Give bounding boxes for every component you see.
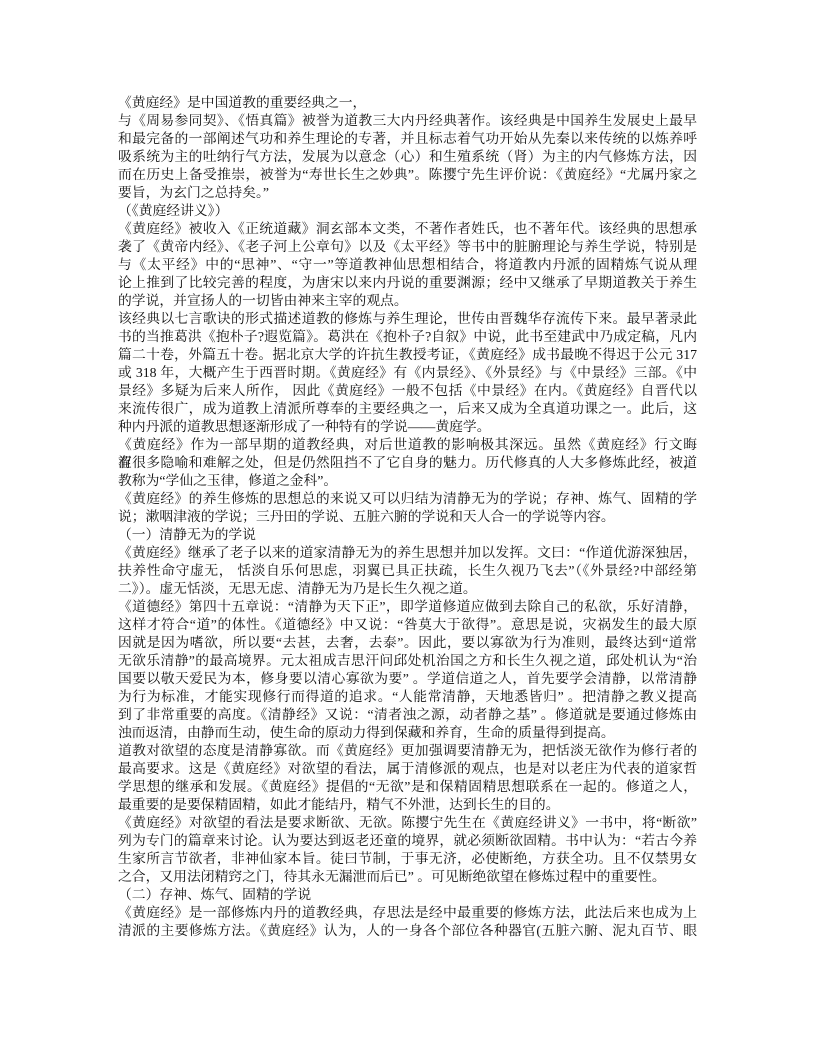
text-line: 学思想的继承和发展。《黄庭经》提倡的“无欲”是和保精固精思想联系在一起的。修道之… <box>118 778 697 796</box>
text-line: 这样才符合“道”的体性。《道德经》中又说：“咎莫大于欲得”。意思是说，灾祸发生的… <box>118 616 697 634</box>
text-line: 来流传很广，成为道教上清派所尊奉的主要经典之一，后来又成为全真道功课之一。此后，… <box>118 400 697 418</box>
paragraph: 《黄庭经》作为一部早期的道教经典，对后世道教的影响极其深远。虽然《黄庭经》行文晦… <box>118 436 697 490</box>
text-line: 列为专门的篇章来讨论。认为要达到返老还童的境界，就必须断欲固精。书中认为：“若古… <box>118 832 697 850</box>
text-line: 有很多隐喻和难解之处，但是仍然阻挡不了它自身的魅力。历代修真的人大多修炼此经，被… <box>118 454 697 472</box>
section-heading: （二）存神、炼气、固精的学说 <box>118 886 697 904</box>
text-line: 《黄庭经》是一部修炼内丹的道教经典，存思法是经中最重要的修炼方法，此法后来也成为… <box>118 904 697 922</box>
text-line: 清派的主要修炼方法。《黄庭经》认为，人的一身各个部位各种器官(五脏六腑、泥丸百节… <box>118 922 697 940</box>
citation: （《黄庭经讲义》） <box>118 202 697 220</box>
text-line: 或 318 年，大概产生于西晋时期。《黄庭经》有《内景经》、《外景经》与《中景经… <box>118 364 697 382</box>
text-line: 该经典以七言歌诀的形式描述道教的修炼与养生理论，世传由晋魏华存流传下来。最早著录… <box>118 310 697 328</box>
text-line: 到了非常重要的高度。《清静经》又说：“清者浊之源，动者静之基” 。修道就是要通过… <box>118 706 697 724</box>
text-line: 《黄庭经》被收入《正统道藏》洞玄部本文类，不著作者姓氏，也不著年代。该经典的思想… <box>118 220 697 238</box>
text-line: 无欲乐清静”的最高境界。元太祖成吉思汗问邱处机治国之方和长生久视之道，邱处机认为… <box>118 652 697 670</box>
text-line: 最重要的是要保精固精，如此才能结丹，精气不外泄，达到长生的目的。 <box>118 796 697 814</box>
text-line: 《黄庭经》的养生修炼的思想总的来说又可以归结为清静无为的学说；存神、炼气、固精的… <box>118 490 697 508</box>
text-line: 因就是因为嗜欲，所以要“去甚，去奢，去泰”。因此，要以寡欲为行为准则，最终达到“… <box>118 634 697 652</box>
document-body: 《黄庭经》是中国道教的重要经典之一，与《周易参同契》、《悟真篇》被誉为道教三大内… <box>118 94 697 940</box>
text-line: 浊而返清，由静而生动，使生命的原动力得到保藏和养育，生命的质量得到提高。 <box>118 724 697 742</box>
text-line: 种内丹派的道教思想逐渐形成了一种特有的学说——黄庭学。 <box>118 418 697 436</box>
text-line: 《道德经》第四十五章说：“清静为天下正”，即学道修道应做到去除自己的私欲，乐好清… <box>118 598 697 616</box>
text-line: 二》）。虚无恬淡，无思无虑、清静无为乃是长生久视之道。 <box>118 580 697 598</box>
paragraph: 《黄庭经》是一部修炼内丹的道教经典，存思法是经中最重要的修炼方法，此法后来也成为… <box>118 904 697 940</box>
paragraph: 与《周易参同契》、《悟真篇》被誉为道教三大内丹经典著作。该经典是中国养生发展史上… <box>118 112 697 202</box>
text-line: 生家所言节欲者，非神仙家本旨。徒曰节制，于事无济，必使断绝，方获全功。且不仅禁男… <box>118 850 697 868</box>
text-line: 的学说，并宣扬人的一切皆由神来主宰的观点。 <box>118 292 697 310</box>
text-line: 道教对欲望的态度是清静寡欲。而《黄庭经》更加强调要清静无为，把恬淡无欲作为修行者… <box>118 742 697 760</box>
text-line: 为行为标准，才能实现修行而得道的追求。“人能常清静，天地悉皆归” 。把清静之教义… <box>118 688 697 706</box>
paragraph: 《黄庭经》是中国道教的重要经典之一， <box>118 94 697 112</box>
text-line: 吸系统为主的吐纳行气方法，发展为以意念（心）和生殖系统（肾）为主的内气修炼方法，… <box>118 148 697 166</box>
text-line: 《黄庭经》对欲望的看法是要求断欲、无欲。陈撄宁先生在《黄庭经讲义》一书中，将“断… <box>118 814 697 832</box>
text-line: 《黄庭经》是中国道教的重要经典之一， <box>118 94 697 112</box>
section-heading: （一）清静无为的学说 <box>118 526 697 544</box>
text-line: （《黄庭经讲义》） <box>118 202 697 220</box>
text-line: 说；漱咽津液的学说；三丹田的学说、五脏六腑的学说和天人合一的学说等内容。 <box>118 508 697 526</box>
text-line: 扶养性命守虚无， 恬淡自乐何思虑，羽翼已具正扶疏，长生久视乃飞去”（《外景经?中… <box>118 562 697 580</box>
document-page: 《黄庭经》是中国道教的重要经典之一，与《周易参同契》、《悟真篇》被誉为道教三大内… <box>0 0 816 1056</box>
paragraph: 《黄庭经》对欲望的看法是要求断欲、无欲。陈撄宁先生在《黄庭经讲义》一书中，将“断… <box>118 814 697 886</box>
text-line: 与《太平经》中的“思神”、“守一”等道教神仙思想相结合，将道教内丹派的固精炼气说… <box>118 256 697 274</box>
paragraph: 《黄庭经》的养生修炼的思想总的来说又可以归结为清静无为的学说；存神、炼气、固精的… <box>118 490 697 526</box>
text-line: 而在历史上备受推崇，被誉为“寿世长生之妙典”。陈撄宁先生评价说：《黄庭经》“尤属… <box>118 166 697 184</box>
text-line: （二）存神、炼气、固精的学说 <box>118 886 697 904</box>
paragraph: 道教对欲望的态度是清静寡欲。而《黄庭经》更加强调要清静无为，把恬淡无欲作为修行者… <box>118 742 697 814</box>
paragraph: 该经典以七言歌诀的形式描述道教的修炼与养生理论，世传由晋魏华存流传下来。最早著录… <box>118 310 697 436</box>
text-line: 论上推到了比较完善的程度，为唐宋以来内丹说的重要渊源；经中又继承了早期道教关于养… <box>118 274 697 292</box>
text-line: 景经》多疑为后来人所作， 因此《黄庭经》一般不包括《中景经》在内。《黄庭经》自晋… <box>118 382 697 400</box>
text-line: 篇二十卷，外篇五十卷。据北京大学的许抗生教授考证，《黄庭经》成书最晚不得迟于公元… <box>118 346 697 364</box>
paragraph: 《黄庭经》被收入《正统道藏》洞玄部本文类，不著作者姓氏，也不著年代。该经典的思想… <box>118 220 697 310</box>
text-line: 袭了《黄帝内经》、《老子河上公章句》以及《太平经》等书中的脏腑理论与养生学说，特… <box>118 238 697 256</box>
text-line: 最高要求。这是《黄庭经》对欲望的看法，属于清修派的观点，也是对以老庄为代表的道家… <box>118 760 697 778</box>
text-line: 国要以敬天爱民为本，修身要以清心寡欲为要” 。学道信道之人，首先要学会清静，以常… <box>118 670 697 688</box>
paragraph: 《黄庭经》继承了老子以来的道家清静无为的养生思想并加以发挥。文曰：“作道优游深独… <box>118 544 697 598</box>
text-line: 教称为“学仙之玉律，修道之金科”。 <box>118 472 697 490</box>
text-line: 要旨，为玄门之总持矣。” <box>118 184 697 202</box>
text-line: 《黄庭经》作为一部早期的道教经典，对后世道教的影响极其深远。虽然《黄庭经》行文晦… <box>118 436 697 454</box>
text-line: 《黄庭经》继承了老子以来的道家清静无为的养生思想并加以发挥。文曰：“作道优游深独… <box>118 544 697 562</box>
paragraph: 《道德经》第四十五章说：“清静为天下正”，即学道修道应做到去除自己的私欲，乐好清… <box>118 598 697 742</box>
text-line: 书的当推葛洪《抱朴子?遐览篇》。葛洪在《抱朴子?自叙》中说，此书至建武中乃成定稿… <box>118 328 697 346</box>
text-line: 和最完备的一部阐述气功和养生理论的专著，并且标志着气功开始从先秦以来传统的以炼养… <box>118 130 697 148</box>
text-line: 之合，又用法闭精窍之门，待其永无漏泄而后已” 。可见断绝欲望在修炼过程中的重要性… <box>118 868 697 886</box>
text-line: 与《周易参同契》、《悟真篇》被誉为道教三大内丹经典著作。该经典是中国养生发展史上… <box>118 112 697 130</box>
text-line: （一）清静无为的学说 <box>118 526 697 544</box>
